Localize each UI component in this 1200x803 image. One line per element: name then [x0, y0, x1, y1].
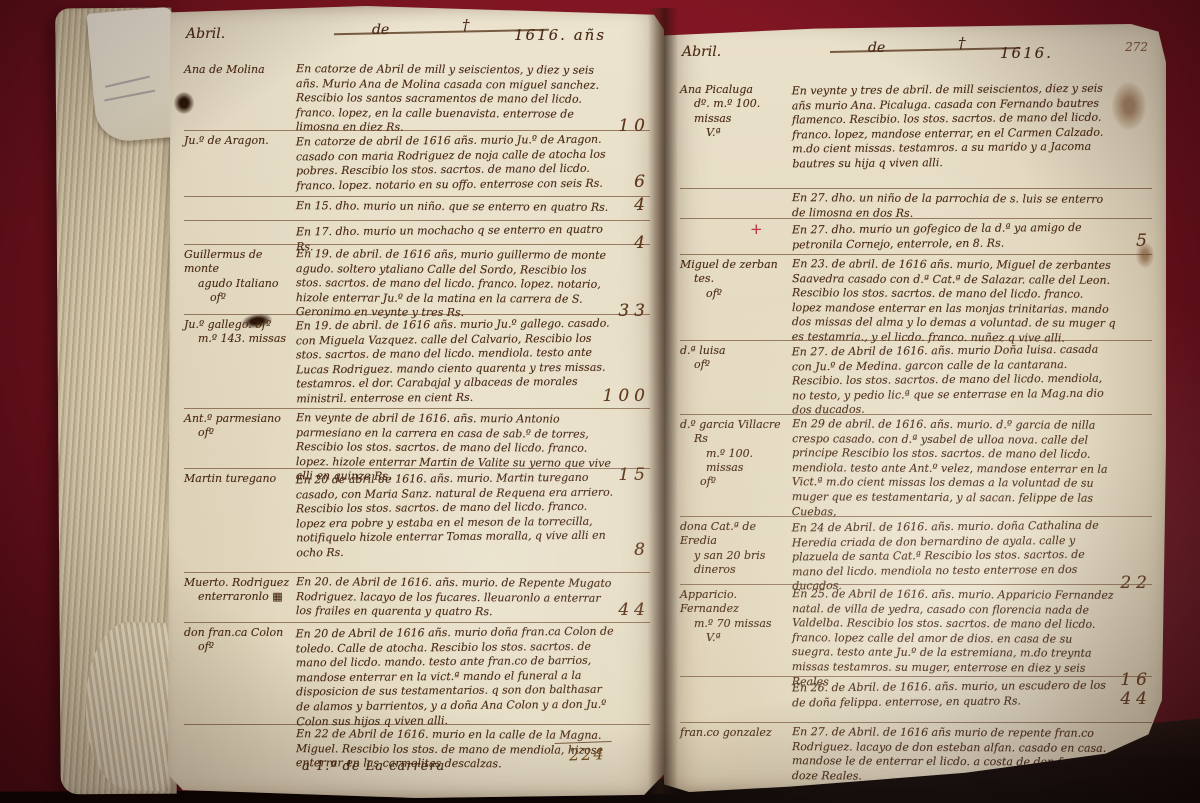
footer-note: a 1.º de La carrera	[302, 759, 445, 774]
margin-line: don fran.ca Colon	[184, 626, 292, 640]
entry-text: En 27. dho. murio un gofegico de la d.ª …	[792, 221, 1116, 253]
header-year: 1616. añs	[514, 26, 606, 44]
entry-text: En 27. de Abril de 1616. añs. murio Doña…	[792, 343, 1117, 419]
entry-text: En 20 de Abril de 1616 añs. murio doña f…	[296, 625, 615, 730]
margin-line: m.º 100. missas	[680, 447, 788, 476]
entry-text: En veynte y tres de abril. de mill seisc…	[792, 82, 1117, 172]
page-header: Abril. de † 1616. añs	[184, 22, 650, 62]
register-entry: Ju.º gallego. ofº m.º 143. missas En 19.…	[184, 314, 650, 406]
entry-amount: 44	[618, 600, 650, 620]
margin-line: Miguel de zerban	[680, 258, 788, 272]
left-page: Abril. de † 1616. añs Ana de Molina En c…	[168, 6, 664, 798]
register-entry: Martin turegano En 20 de abril de 1616. …	[184, 468, 650, 560]
entry-margin-name: Apparicio. Fernandez m.º 70 missas V.ª	[680, 588, 788, 645]
register-entry: Guillermus de monte agudo Italiano ofº E…	[184, 244, 650, 321]
pencil-scribble	[105, 76, 150, 88]
page-total: 224	[555, 741, 612, 765]
margin-line: tes.	[680, 272, 788, 286]
margin-line: Ant.º parmesiano	[184, 412, 292, 426]
margin-line: ofº	[184, 640, 292, 654]
entry-text: En 23. de abril. de 1616 añs. murio, Mig…	[792, 257, 1116, 346]
margin-line: Apparicio. Fernandez	[680, 588, 788, 617]
right-page: + Abril. de † 1616. 272 Ana Picaluga dº.…	[664, 24, 1166, 792]
header-month: Abril.	[682, 44, 721, 60]
entry-text: En catorze de abril de 1616 añs. murio J…	[296, 133, 614, 194]
entry-text: En 29 de abril. de 1616. añs. murio. d.º…	[792, 417, 1117, 521]
margin-line: dona Cat.ª de Eredia	[680, 520, 788, 549]
pencil-scribble	[104, 90, 155, 102]
margin-line: Guillermus de monte	[184, 248, 292, 277]
photo-burial-register-1616: { "photo": { "background_color": "#7a142…	[0, 0, 1200, 803]
header-stroke	[830, 47, 1020, 53]
margin-line: Ju.º de Aragon.	[184, 134, 292, 148]
entry-margin-name: d.º garcia Villacre Rs m.º 100. missas o…	[680, 418, 788, 489]
margin-line: fran.co gonzalez	[680, 726, 788, 740]
margin-line: Rs	[680, 432, 788, 446]
margin-line: m.º 143. missas	[184, 332, 292, 346]
entry-margin-name: don fran.ca Colon ofº	[184, 626, 292, 655]
register-entry: d.ª luisa ofº En 27. de Abril de 1616. a…	[680, 340, 1152, 417]
header-month: Abril.	[186, 26, 225, 42]
entry-margin-name: Muerto. Rodriguez enterraronlo ▦	[184, 576, 292, 605]
margin-line: Ju.º gallego. ofº	[184, 318, 292, 332]
margin-line: y san 20 bris dineros	[680, 549, 788, 578]
register-entry: Apparicio. Fernandez m.º 70 missas V.ª E…	[680, 584, 1152, 690]
margin-line: d.ª luisa	[680, 344, 788, 358]
cross-icon: †	[462, 16, 470, 34]
margin-line: ofº	[680, 287, 788, 301]
entry-text: En 15. dho. murio un niño. que se enterr…	[296, 199, 614, 215]
entry-margin-name: Ant.º parmesiano ofº	[184, 412, 292, 441]
book-gutter	[648, 8, 678, 794]
register-entry: Ju.º de Aragon. En catorze de abril de 1…	[184, 130, 650, 192]
entry-margin-name: Guillermus de monte agudo Italiano ofº	[184, 248, 292, 305]
entry-margin-name: Martin turegano	[184, 472, 292, 486]
margin-line: Muerto. Rodriguez	[184, 576, 292, 590]
register-entry: En 27. dho. un niño de la parrochia de s…	[680, 188, 1152, 221]
entry-amount: 100	[603, 386, 650, 406]
entry-margin-name: d.ª luisa ofº	[680, 344, 788, 373]
header-de: de	[868, 40, 885, 56]
header-de: de	[372, 22, 389, 38]
entry-text: En 19. de abril. de 1616 añs, murio guil…	[296, 247, 614, 322]
register-entry: Miguel de zerban tes. ofº En 23. de abri…	[680, 254, 1152, 346]
folio-number: 272	[1125, 40, 1148, 54]
margin-line: ofº	[680, 358, 788, 372]
entry-margin-name: fran.co gonzalez	[680, 726, 788, 740]
margin-line: Ana Picaluga	[680, 83, 788, 97]
entry-text: En 26. de Abril. de 1616. añs. murio, un…	[792, 679, 1116, 711]
register-entry: Muerto. Rodriguez enterraronlo ▦ En 20. …	[184, 572, 650, 620]
paper-slip	[86, 6, 183, 143]
margin-line: enterraronlo ▦	[184, 590, 292, 604]
entry-margin-name: Ju.º de Aragon.	[184, 134, 292, 148]
register-entry: dona Cat.ª de Eredia y san 20 bris diner…	[680, 516, 1152, 593]
register-entry: Ana Picaluga dº. m.º 100. missas V.ª En …	[680, 80, 1152, 171]
curled-page-corner	[83, 620, 181, 791]
margin-line: ofº	[184, 291, 292, 305]
register-entry: En 27. dho. murio un gofegico de la d.ª …	[680, 218, 1152, 251]
register-entry: En 15. dho. murio un niño. que se enterr…	[184, 196, 650, 215]
page-header: Abril. de † 1616. 272	[680, 40, 1152, 80]
margin-line: ofº	[184, 426, 292, 440]
register-entry: Ana de Molina En catorze de Abril de mil…	[184, 60, 650, 136]
margin-line: V.ª	[680, 126, 788, 140]
entry-margin-name: Ana Picaluga dº. m.º 100. missas V.ª	[680, 83, 788, 140]
entry-text: En 20. de Abril de 1616. añs. murio. de …	[296, 575, 614, 620]
header-year: 1616.	[1000, 44, 1053, 62]
register-entry: En 26. de Abril. de 1616. añs. murio, un…	[680, 676, 1152, 709]
entry-text: En 24 de Abril. de 1616. añs. murio. doñ…	[792, 519, 1117, 595]
entry-text: En 19. de abril. de 1616 añs. murio Ju.º…	[296, 317, 615, 407]
entry-margin-name: Miguel de zerban tes. ofº	[680, 258, 788, 301]
margin-line: m.º 70 missas	[680, 617, 788, 631]
entry-text: En 20 de abril de 1616. añs. murio. Mart…	[296, 471, 615, 561]
margin-line: dº. m.º 100. missas	[680, 97, 788, 126]
margin-line: Martin turegano	[184, 472, 292, 486]
margin-line: V.ª	[680, 631, 788, 645]
entry-margin-name: Ju.º gallego. ofº m.º 143. missas	[184, 318, 292, 347]
entry-amount: 44	[1120, 689, 1152, 709]
entry-margin-name: dona Cat.ª de Eredia y san 20 bris diner…	[680, 520, 788, 577]
entry-amount: 5	[1136, 231, 1152, 251]
register-entry: d.º garcia Villacre Rs m.º 100. missas o…	[680, 414, 1152, 520]
margin-line: d.º garcia Villacre	[680, 418, 788, 432]
margin-line: Ana de Molina	[184, 63, 292, 77]
margin-line: agudo Italiano	[184, 277, 292, 291]
cross-icon: †	[958, 34, 966, 52]
register-entry: don fran.ca Colon ofº En 20 de Abril de …	[184, 622, 650, 728]
entry-text: En catorze de Abril de mill y seisciento…	[296, 62, 614, 137]
margin-line: ofº	[680, 475, 788, 489]
entry-margin-name: Ana de Molina	[184, 63, 292, 77]
